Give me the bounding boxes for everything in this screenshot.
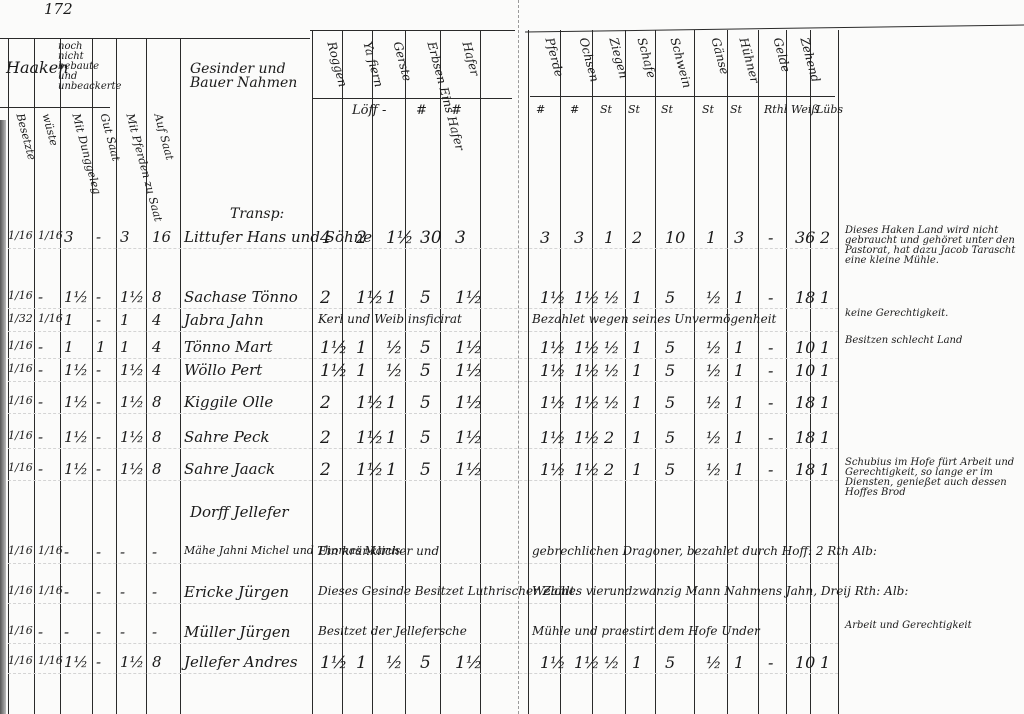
book-binding-edge bbox=[0, 120, 6, 714]
row-guide bbox=[8, 381, 838, 382]
grain-cell: 1½ bbox=[386, 230, 413, 247]
farmer-name: Müller Jürgen bbox=[184, 625, 290, 640]
haaken-cell: 1½ bbox=[120, 363, 144, 378]
livestock-cell: 1½ bbox=[540, 290, 566, 306]
livestock-cell: 1 bbox=[632, 655, 642, 671]
livestock-cell: 10 bbox=[665, 230, 685, 246]
farmer-name: Sachase Tönno bbox=[184, 290, 298, 305]
haaken-cell: 4 bbox=[152, 363, 162, 378]
grain-cell: 1½ bbox=[455, 430, 482, 447]
livestock-cell: 5 bbox=[665, 430, 675, 446]
grain-header-0: Roggen bbox=[324, 40, 350, 88]
header-rule bbox=[310, 30, 515, 31]
page-number: 172 bbox=[44, 0, 73, 18]
ledger-page: 172 Haaken noch nicht bebaute und unbeac… bbox=[0, 0, 1024, 714]
livestock-cell: ½ bbox=[604, 363, 620, 379]
header-unbuilt: noch nicht bebaute und unbeackerte bbox=[58, 42, 110, 92]
haaken-cell: - bbox=[96, 430, 101, 445]
livestock-cell: 3 bbox=[734, 230, 744, 246]
grain-cell: 30 bbox=[420, 230, 442, 247]
haaken-cell: - bbox=[96, 462, 101, 477]
column-rule bbox=[405, 30, 406, 714]
row-remark: Arbeit und Gerechtigkeit bbox=[845, 621, 1023, 631]
column-rule bbox=[312, 30, 313, 714]
column-rule bbox=[838, 30, 839, 714]
livestock-remark: Bezahlet wegen seines Unvermögenheit bbox=[532, 313, 776, 325]
livestock-header-5: Gänse bbox=[708, 36, 731, 76]
grain-cell: 1½ bbox=[356, 290, 383, 307]
row-guide bbox=[8, 248, 838, 249]
haaken-cell: 1 bbox=[120, 340, 130, 355]
haaken-cell: - bbox=[64, 585, 69, 600]
row-remark: Schubius im Hofe fürt Arbeit und Gerecht… bbox=[845, 458, 1023, 498]
livestock-cell: 1 bbox=[632, 462, 642, 478]
haaken-cell: 1½ bbox=[120, 395, 144, 410]
livestock-cell: 2 bbox=[820, 230, 830, 246]
grain-remark: Kerl und Weib insficirat bbox=[318, 313, 462, 325]
livestock-cell: 1½ bbox=[540, 430, 566, 446]
haaken-cell: 1/16 bbox=[8, 340, 33, 351]
livestock-cell: 1½ bbox=[540, 655, 566, 671]
livestock-cell: ½ bbox=[604, 395, 620, 411]
livestock-cell: 2 bbox=[604, 462, 614, 478]
transport-label: Transp: bbox=[230, 207, 284, 221]
grain-cell: 5 bbox=[420, 340, 431, 357]
livestock-cell: - bbox=[768, 462, 773, 478]
haaken-cell: 1/16 bbox=[38, 585, 63, 596]
row-guide bbox=[8, 358, 838, 359]
haaken-cell: 8 bbox=[152, 395, 162, 410]
farmer-name: Kiggile Olle bbox=[184, 395, 273, 410]
farmer-name: Sahre Jaack bbox=[184, 462, 275, 477]
haaken-cell: - bbox=[38, 395, 43, 410]
haaken-cell: - bbox=[96, 585, 101, 600]
haaken-cell: 4 bbox=[152, 313, 162, 328]
livestock-cell: 1 bbox=[734, 340, 744, 356]
units-rule bbox=[530, 96, 835, 97]
livestock-cell: 1 bbox=[820, 340, 830, 356]
subheader-rule bbox=[0, 107, 110, 108]
haaken-cell: - bbox=[38, 625, 43, 640]
grain-cell: 2 bbox=[356, 230, 367, 247]
livestock-cell: 1 bbox=[632, 340, 642, 356]
livestock-cell: 3 bbox=[574, 230, 584, 246]
haaken-cell: 8 bbox=[152, 655, 162, 670]
livestock-cell: - bbox=[768, 430, 773, 446]
haaken-cell: - bbox=[64, 545, 69, 560]
livestock-cell: ½ bbox=[706, 290, 722, 306]
haaken-cell: 1½ bbox=[64, 363, 88, 378]
livestock-cell: 5 bbox=[665, 655, 675, 671]
grain-cell: 2 bbox=[320, 462, 331, 479]
column-rule bbox=[8, 38, 9, 714]
livestock-cell: 1½ bbox=[540, 395, 566, 411]
grain-cell: 1 bbox=[386, 430, 397, 447]
haaken-cell: - bbox=[152, 625, 157, 640]
haaken-cell: - bbox=[96, 363, 101, 378]
grain-cell: 1 bbox=[386, 462, 397, 479]
livestock-cell: 1 bbox=[734, 655, 744, 671]
grain-cell: 1 bbox=[386, 395, 397, 412]
grain-remark: Besitzet der Jellefersche bbox=[318, 625, 467, 637]
livestock-cell: 1 bbox=[734, 363, 744, 379]
row-guide bbox=[8, 603, 838, 604]
livestock-cell: 1½ bbox=[574, 340, 600, 356]
haaken-cell: - bbox=[38, 363, 43, 378]
haaken-cell: 1½ bbox=[120, 655, 144, 670]
livestock-unit-8: Weiß bbox=[791, 104, 819, 115]
livestock-unit-5: St bbox=[702, 104, 714, 115]
haaken-cell: - bbox=[152, 545, 157, 560]
livestock-unit-3: St bbox=[628, 104, 640, 115]
column-rule bbox=[758, 30, 759, 714]
grain-unit-0: Löff bbox=[352, 104, 378, 117]
grain-cell: 5 bbox=[420, 395, 431, 412]
grain-cell: 5 bbox=[420, 430, 431, 447]
livestock-cell: 1 bbox=[632, 363, 642, 379]
column-rule bbox=[60, 38, 61, 714]
haaken-cell: - bbox=[120, 545, 125, 560]
haaken-cell: - bbox=[120, 585, 125, 600]
haaken-cell: 1 bbox=[64, 340, 74, 355]
livestock-cell: 1 bbox=[820, 290, 830, 306]
grain-cell: ½ bbox=[386, 655, 402, 672]
column-rule bbox=[694, 30, 695, 714]
grain-cell: ½ bbox=[386, 340, 402, 357]
haaken-cell: 4 bbox=[152, 340, 162, 355]
header-names: Gesinder und Bauer Nahmen bbox=[190, 62, 310, 90]
column-rule bbox=[625, 30, 626, 714]
grain-cell: 1½ bbox=[320, 655, 347, 672]
livestock-cell: 1½ bbox=[574, 395, 600, 411]
livestock-cell: ½ bbox=[706, 340, 722, 356]
grain-cell: 5 bbox=[420, 655, 431, 672]
livestock-cell: 1½ bbox=[574, 430, 600, 446]
livestock-header-8: Zehend bbox=[797, 36, 822, 84]
haaken-cell: 1/16 bbox=[8, 462, 33, 473]
header-rule bbox=[525, 25, 1024, 33]
haaken-cell: 1/16 bbox=[8, 545, 33, 556]
grain-cell: 1½ bbox=[455, 395, 482, 412]
livestock-unit-9: Lübs bbox=[816, 104, 843, 115]
grain-header-4: Hafer bbox=[459, 40, 482, 77]
header-rule bbox=[0, 38, 310, 39]
livestock-cell: 1½ bbox=[540, 363, 566, 379]
haaken-cell: - bbox=[38, 462, 43, 477]
grain-header-3: Erbsen Eins Hafer bbox=[424, 40, 467, 152]
row-remark: Besitzen schlecht Land bbox=[845, 336, 1023, 346]
grain-cell: 5 bbox=[420, 363, 431, 380]
livestock-cell: 5 bbox=[665, 340, 675, 356]
grain-unit-1: - bbox=[382, 104, 386, 117]
haaken-cell: - bbox=[96, 230, 101, 245]
haaken-cell: 1/16 bbox=[8, 430, 33, 441]
haaken-cell: 1/16 bbox=[38, 230, 63, 241]
farmer-name: Tönno Mart bbox=[184, 340, 273, 355]
grain-cell: 1 bbox=[386, 290, 397, 307]
column-rule bbox=[655, 30, 656, 714]
livestock-header-2: Ziegen bbox=[606, 36, 630, 80]
column-rule bbox=[440, 30, 441, 714]
livestock-cell: 10 bbox=[795, 340, 815, 356]
column-rule bbox=[786, 30, 787, 714]
haaken-cell: 1/16 bbox=[8, 655, 33, 666]
haaken-cell: 8 bbox=[152, 290, 162, 305]
farmer-name: Jellefer Andres bbox=[184, 655, 298, 670]
livestock-cell: ½ bbox=[604, 655, 620, 671]
haaken-cell: - bbox=[120, 625, 125, 640]
livestock-cell: 1 bbox=[734, 290, 744, 306]
livestock-cell: 1 bbox=[820, 430, 830, 446]
row-guide bbox=[8, 480, 838, 481]
livestock-cell: 18 bbox=[795, 395, 815, 411]
livestock-cell: 5 bbox=[665, 462, 675, 478]
livestock-cell: 1½ bbox=[574, 655, 600, 671]
farmer-name: Littufer Hans und Söhne bbox=[184, 230, 372, 245]
column-rule bbox=[528, 30, 529, 714]
livestock-cell: 1 bbox=[734, 462, 744, 478]
grain-cell: 2 bbox=[320, 430, 331, 447]
row-guide bbox=[8, 643, 838, 644]
column-rule bbox=[727, 30, 728, 714]
livestock-cell: 1 bbox=[820, 655, 830, 671]
haaken-cell: 8 bbox=[152, 462, 162, 477]
livestock-cell: - bbox=[768, 340, 773, 356]
haaken-cell: 1/16 bbox=[8, 290, 33, 301]
haaken-cell: 1½ bbox=[64, 290, 88, 305]
haaken-cell: 1/16 bbox=[38, 545, 63, 556]
section-label: Dorff Jellefer bbox=[190, 505, 289, 520]
livestock-cell: 2 bbox=[632, 230, 642, 246]
livestock-cell: ½ bbox=[706, 430, 722, 446]
column-rule bbox=[372, 30, 373, 714]
livestock-cell: 1½ bbox=[540, 340, 566, 356]
column-rule bbox=[92, 38, 93, 714]
grain-cell: 1½ bbox=[455, 462, 482, 479]
haaken-cell: 1½ bbox=[120, 430, 144, 445]
column-rule bbox=[180, 38, 181, 714]
livestock-cell: 1 bbox=[632, 395, 642, 411]
livestock-cell: 1½ bbox=[540, 462, 566, 478]
haaken-cell: 1 bbox=[64, 313, 74, 328]
grain-cell: 2 bbox=[320, 395, 331, 412]
haaken-cell: 1/32 bbox=[8, 313, 33, 324]
column-rule bbox=[34, 38, 35, 714]
farmer-name: Wöllo Pert bbox=[184, 363, 262, 378]
grain-cell: 1½ bbox=[455, 290, 482, 307]
grain-cell: ½ bbox=[386, 363, 402, 380]
haaken-cell: 1½ bbox=[120, 290, 144, 305]
grain-cell: 1 bbox=[356, 340, 367, 357]
row-guide bbox=[8, 673, 838, 674]
haaken-cell: 1½ bbox=[64, 395, 88, 410]
subheader-5: Auf Saat bbox=[151, 112, 176, 161]
subheader-3: Gut Saat bbox=[97, 112, 122, 163]
livestock-cell: 5 bbox=[665, 363, 675, 379]
livestock-cell: 1 bbox=[820, 462, 830, 478]
grain-cell: 1 bbox=[356, 655, 367, 672]
haaken-cell: - bbox=[96, 545, 101, 560]
haaken-cell: 1/16 bbox=[8, 585, 33, 596]
livestock-cell: 18 bbox=[795, 430, 815, 446]
haaken-cell: - bbox=[96, 290, 101, 305]
livestock-cell: 5 bbox=[665, 290, 675, 306]
livestock-cell: 36 bbox=[795, 230, 815, 246]
row-guide bbox=[8, 331, 838, 332]
livestock-unit-1: # bbox=[570, 104, 579, 115]
livestock-cell: 3 bbox=[540, 230, 550, 246]
livestock-cell: - bbox=[768, 655, 773, 671]
haaken-cell: 1 bbox=[96, 340, 106, 355]
livestock-cell: 1 bbox=[820, 395, 830, 411]
livestock-header-4: Schwein bbox=[667, 36, 694, 89]
livestock-cell: - bbox=[768, 230, 773, 246]
livestock-cell: 2 bbox=[604, 430, 614, 446]
haaken-cell: - bbox=[38, 430, 43, 445]
farmer-name: Sahre Peck bbox=[184, 430, 269, 445]
subheader-1: wüste bbox=[39, 112, 60, 147]
grain-cell: 1½ bbox=[356, 430, 383, 447]
livestock-header-7: Gelde bbox=[770, 36, 793, 74]
row-guide bbox=[8, 563, 838, 564]
haaken-cell: 1½ bbox=[64, 655, 88, 670]
livestock-cell: 1 bbox=[734, 395, 744, 411]
subheader-2: Mit Dunggeleg bbox=[69, 112, 103, 196]
livestock-cell: 5 bbox=[665, 395, 675, 411]
livestock-cell: ½ bbox=[706, 363, 722, 379]
row-guide bbox=[8, 308, 838, 309]
farmer-name: Jabra Jahn bbox=[184, 313, 264, 328]
livestock-header-0: Pferde bbox=[542, 36, 566, 78]
grain-header-2: Gerste bbox=[390, 40, 414, 83]
livestock-cell: 1 bbox=[632, 430, 642, 446]
livestock-cell: - bbox=[768, 395, 773, 411]
livestock-unit-7: Rthl bbox=[764, 104, 787, 115]
livestock-unit-2: St bbox=[600, 104, 612, 115]
haaken-cell: 1/16 bbox=[38, 313, 63, 324]
grain-cell: 3 bbox=[455, 230, 466, 247]
column-rule bbox=[146, 38, 147, 714]
grain-cell: 4 bbox=[320, 230, 331, 247]
haaken-cell: 1/16 bbox=[8, 230, 33, 241]
grain-cell: 1½ bbox=[455, 655, 482, 672]
livestock-cell: ½ bbox=[706, 655, 722, 671]
row-remark: Dieses Haken Land wird nicht gebraucht u… bbox=[845, 226, 1023, 266]
livestock-cell: ½ bbox=[706, 395, 722, 411]
livestock-cell: ½ bbox=[604, 340, 620, 356]
haaken-cell: - bbox=[96, 655, 101, 670]
livestock-cell: 18 bbox=[795, 462, 815, 478]
livestock-cell: ½ bbox=[604, 290, 620, 306]
livestock-cell: 1 bbox=[632, 290, 642, 306]
haaken-cell: - bbox=[64, 625, 69, 640]
grain-cell: 2 bbox=[320, 290, 331, 307]
haaken-cell: - bbox=[152, 585, 157, 600]
livestock-cell: 1 bbox=[706, 230, 716, 246]
livestock-cell: 1 bbox=[604, 230, 614, 246]
livestock-cell: 1 bbox=[734, 430, 744, 446]
row-guide bbox=[8, 448, 838, 449]
haaken-cell: 3 bbox=[120, 230, 130, 245]
haaken-cell: 16 bbox=[152, 230, 171, 245]
grain-cell: 1½ bbox=[455, 340, 482, 357]
grain-cell: 1½ bbox=[320, 340, 347, 357]
haaken-cell: - bbox=[38, 290, 43, 305]
livestock-remark: Welches vierundzwanzig Mann Nahmens Jahn… bbox=[532, 585, 908, 597]
haaken-cell: 1 bbox=[120, 313, 130, 328]
livestock-unit-4: St bbox=[661, 104, 673, 115]
livestock-remark: Mühle und praestirt dem Hofe Under bbox=[532, 625, 760, 637]
row-guide bbox=[8, 413, 838, 414]
grain-cell: 1½ bbox=[356, 462, 383, 479]
haaken-cell: 8 bbox=[152, 430, 162, 445]
livestock-cell: 1½ bbox=[574, 290, 600, 306]
livestock-header-1: Ochsen bbox=[576, 36, 601, 83]
livestock-cell: - bbox=[768, 363, 773, 379]
haaken-cell: 1½ bbox=[64, 462, 88, 477]
livestock-cell: 1 bbox=[820, 363, 830, 379]
livestock-cell: 10 bbox=[795, 363, 815, 379]
page-fold bbox=[518, 0, 519, 714]
livestock-cell: 18 bbox=[795, 290, 815, 306]
haaken-cell: - bbox=[96, 313, 101, 328]
grain-cell: 1½ bbox=[356, 395, 383, 412]
grain-cell: 5 bbox=[420, 290, 431, 307]
haaken-cell: 3 bbox=[64, 230, 74, 245]
grain-unit-2: # bbox=[416, 104, 427, 117]
haaken-cell: 1/16 bbox=[8, 625, 33, 636]
livestock-unit-0: # bbox=[536, 104, 545, 115]
haaken-cell: 1/16 bbox=[38, 655, 63, 666]
grain-cell: 1½ bbox=[455, 363, 482, 380]
grain-cell: 1 bbox=[356, 363, 367, 380]
haaken-cell: 1½ bbox=[120, 462, 144, 477]
livestock-remark: gebrechlichen Dragoner, bezahlet durch H… bbox=[532, 545, 877, 557]
haaken-cell: 1½ bbox=[64, 430, 88, 445]
livestock-cell: 10 bbox=[795, 655, 815, 671]
haaken-cell: - bbox=[96, 395, 101, 410]
haaken-cell: - bbox=[96, 625, 101, 640]
grain-unit-3: # bbox=[451, 104, 462, 117]
row-remark: keine Gerechtigkeit. bbox=[845, 309, 1023, 319]
haaken-cell: - bbox=[38, 340, 43, 355]
livestock-cell: 1½ bbox=[574, 363, 600, 379]
grain-remark: Ein kränklicher und bbox=[318, 545, 439, 557]
livestock-cell: ½ bbox=[706, 462, 722, 478]
livestock-unit-6: St bbox=[730, 104, 742, 115]
grain-header-1: Ya fiern bbox=[360, 40, 386, 89]
farmer-name: Ericke Jürgen bbox=[184, 585, 289, 600]
livestock-cell: - bbox=[768, 290, 773, 306]
grain-cell: 1½ bbox=[320, 363, 347, 380]
haaken-cell: 1/16 bbox=[8, 363, 33, 374]
livestock-cell: 1½ bbox=[574, 462, 600, 478]
haaken-cell: 1/16 bbox=[8, 395, 33, 406]
grain-cell: 5 bbox=[420, 462, 431, 479]
